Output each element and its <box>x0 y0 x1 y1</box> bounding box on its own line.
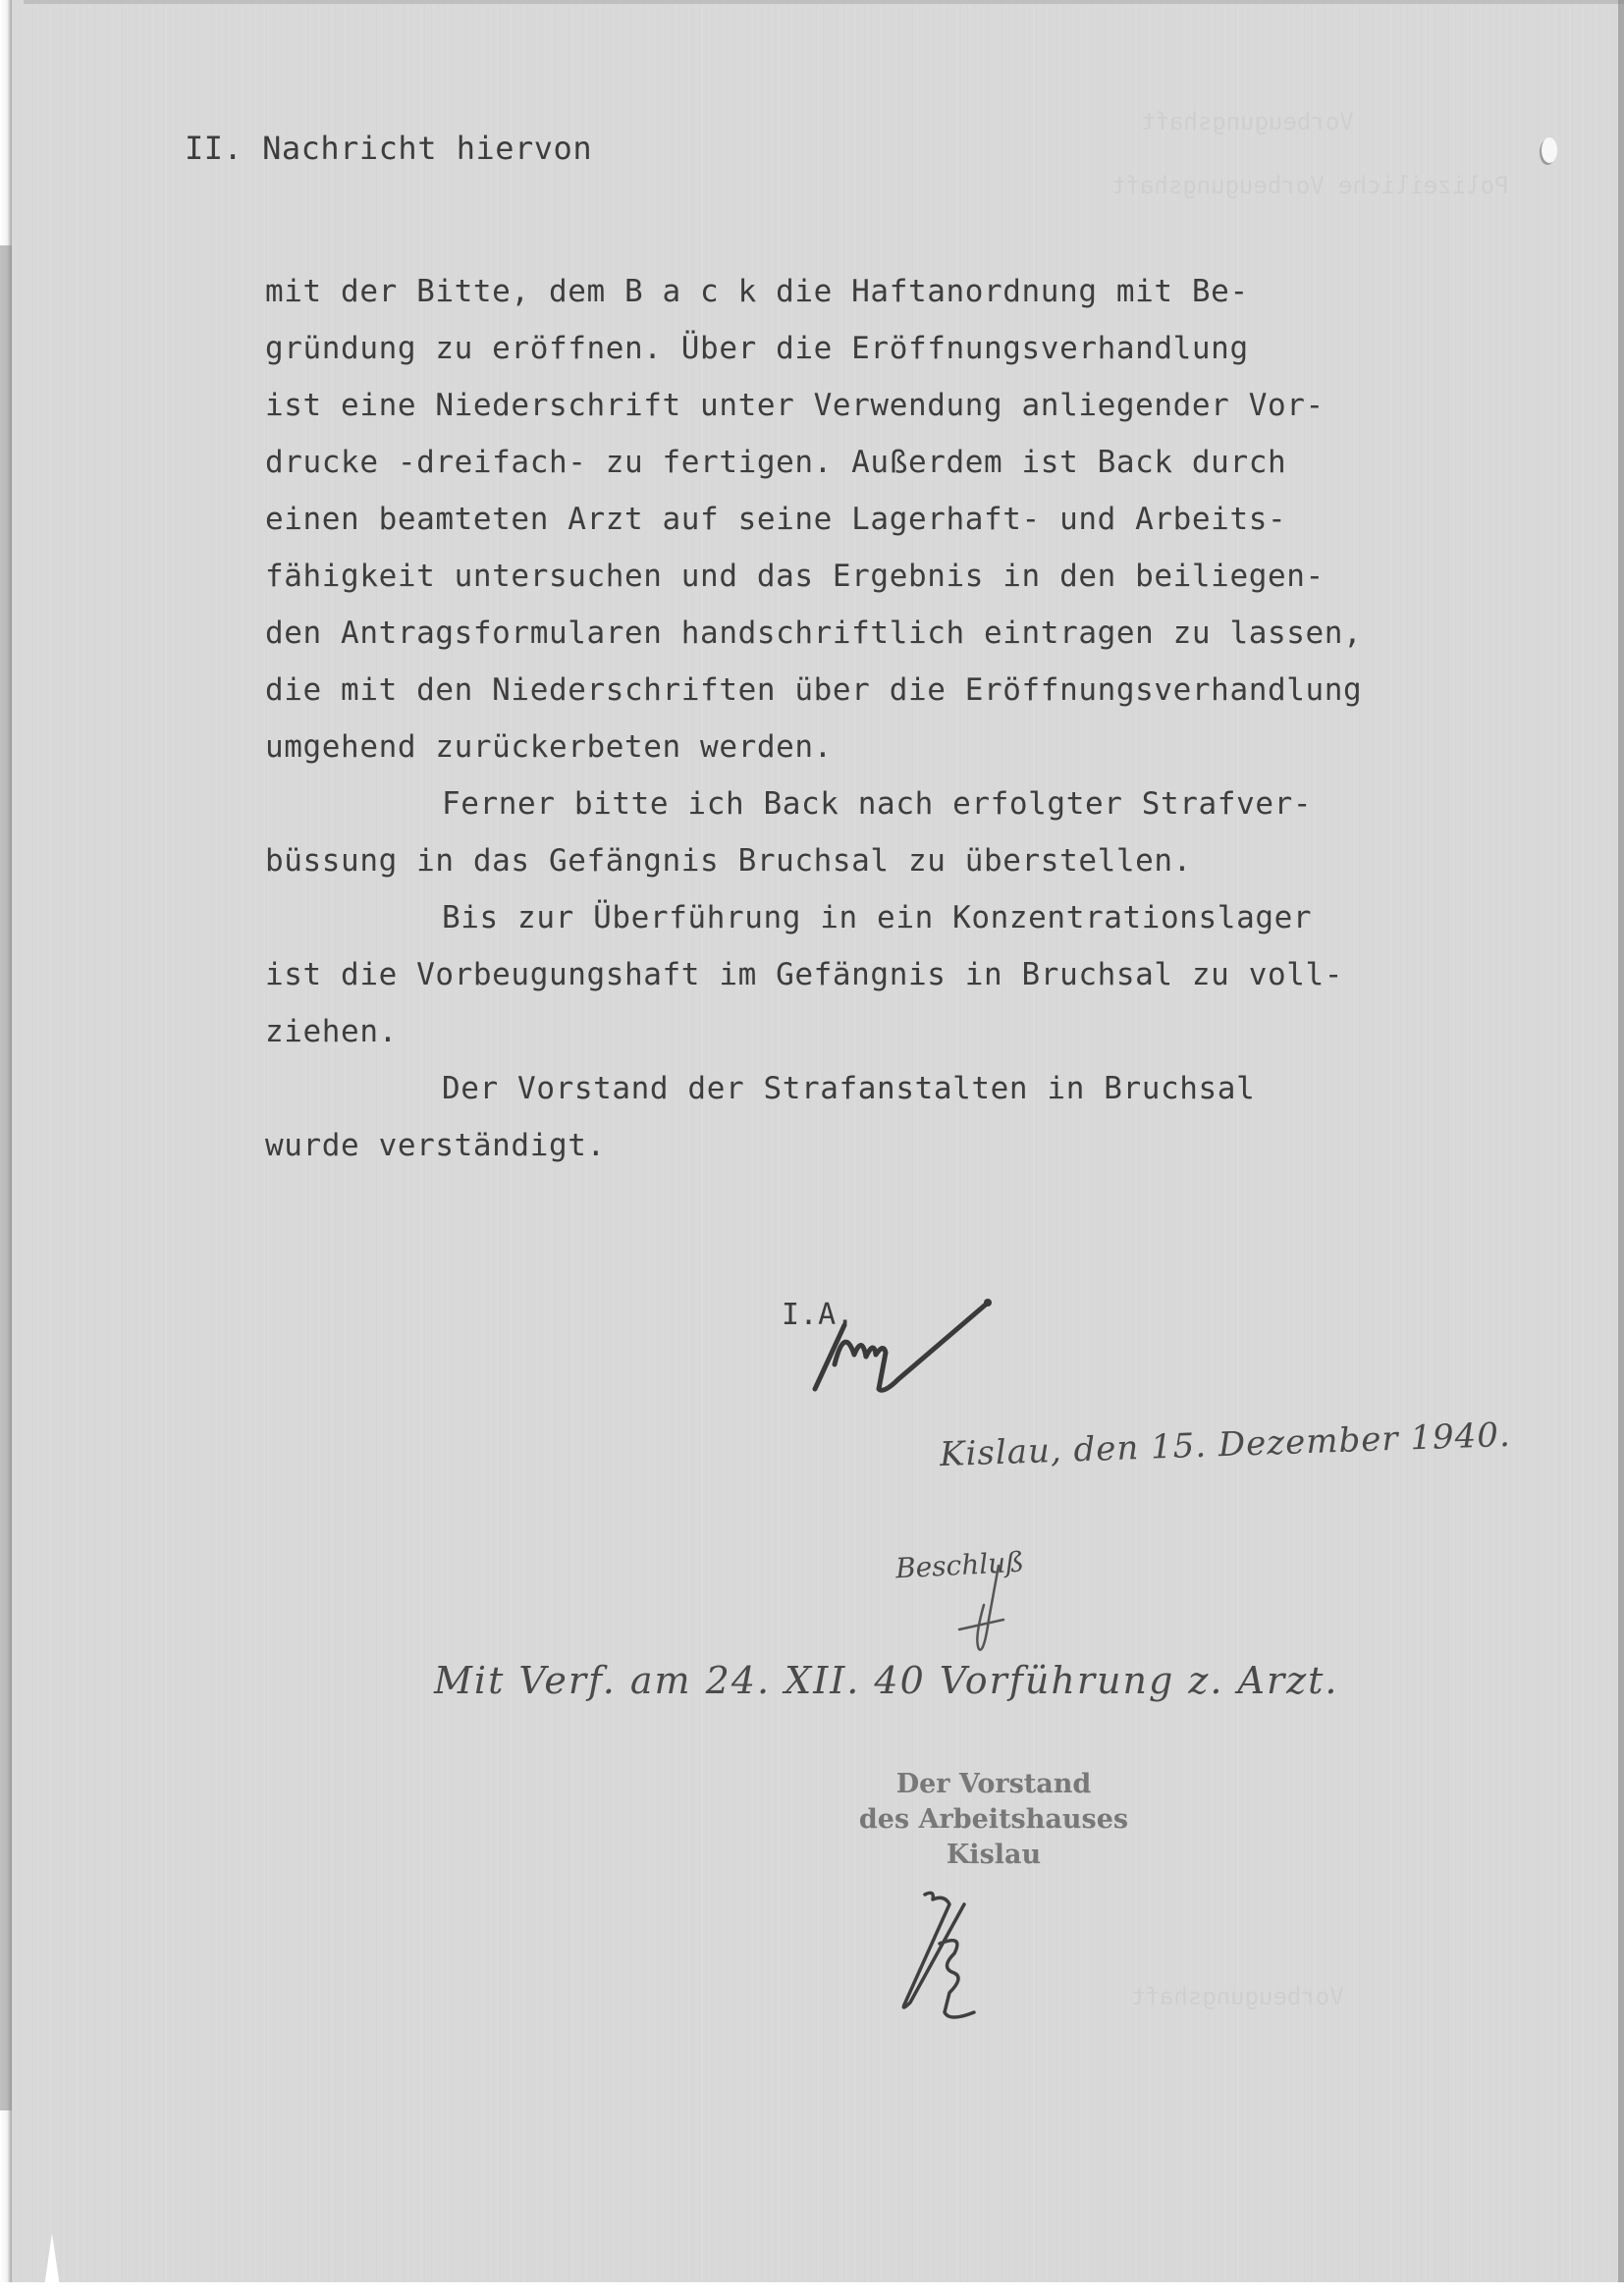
handwritten-date: Kislau, den 15. Dezember 1940. <box>939 1415 1511 1474</box>
body-line: gründung zu eröffnen. Über die Eröffnung… <box>265 320 1362 377</box>
body-line: Der Vorstand der Strafanstalten in Bruch… <box>265 1060 1362 1117</box>
body-line: büssung in das Gefängnis Bruchsal zu übe… <box>265 832 1362 889</box>
scan-right-edge <box>1618 0 1624 2287</box>
scan-left-edge <box>0 0 12 2296</box>
body-line: ist eine Niederschrift unter Verwendung … <box>265 377 1362 434</box>
signature-scribble-icon <box>805 1296 1001 1404</box>
body-line: mit der Bitte, dem B a c k die Haftanord… <box>265 263 1362 320</box>
letter-body: mit der Bitte, dem B a c k die Haftanord… <box>265 263 1362 1174</box>
bleed-through-text: Vorbeugungshaft <box>1131 1983 1344 2010</box>
body-line: ziehen. <box>265 1003 1362 1060</box>
stamp-line: Der Vorstand <box>827 1767 1161 1802</box>
body-line: fähigkeit untersuchen und das Ergebnis i… <box>265 548 1362 605</box>
section-heading: II. Nachricht hiervon <box>185 130 592 167</box>
scan-bottom-edge <box>0 2282 1624 2296</box>
body-line: wurde verständigt. <box>265 1117 1362 1174</box>
paper-tear <box>44 2233 60 2287</box>
body-line: den Antragsformularen handschriftlich ei… <box>265 605 1362 662</box>
bleed-through-text: Vorbeugungshaft <box>1141 108 1354 135</box>
office-stamp: Der Vorstand des Arbeitshauses Kislau <box>827 1767 1161 1873</box>
body-line: die mit den Niederschriften über die Erö… <box>265 662 1362 719</box>
body-line: einen beamteten Arzt auf seine Lagerhaft… <box>265 491 1362 548</box>
stamp-line: des Arbeitshauses <box>827 1802 1161 1838</box>
body-line: Ferner bitte ich Back nach erfolgter Str… <box>265 775 1362 832</box>
punch-hole-mark <box>1542 137 1557 163</box>
body-line: ist die Vorbeugungshaft im Gefängnis in … <box>265 946 1362 1003</box>
note-flourish-icon <box>954 1561 1013 1659</box>
scan-top-edge <box>24 0 1624 4</box>
body-line: umgehend zurückerbeten werden. <box>265 719 1362 775</box>
body-line: drucke -dreifach- zu fertigen. Außerdem … <box>265 434 1362 491</box>
document-page: Vorbeugungshaft Polizeiliche Vorbeugungs… <box>12 0 1624 2287</box>
body-line: Bis zur Überführung in ein Konzentration… <box>265 889 1362 946</box>
stamp-line: Kislau <box>827 1838 1161 1873</box>
bleed-through-text: Polizeiliche Vorbeugungshaft <box>1111 172 1509 199</box>
director-signature-icon <box>895 1885 1013 2032</box>
handwritten-note: Mit Verf. am 24. XII. 40 Vorführung z. A… <box>434 1659 1339 1702</box>
